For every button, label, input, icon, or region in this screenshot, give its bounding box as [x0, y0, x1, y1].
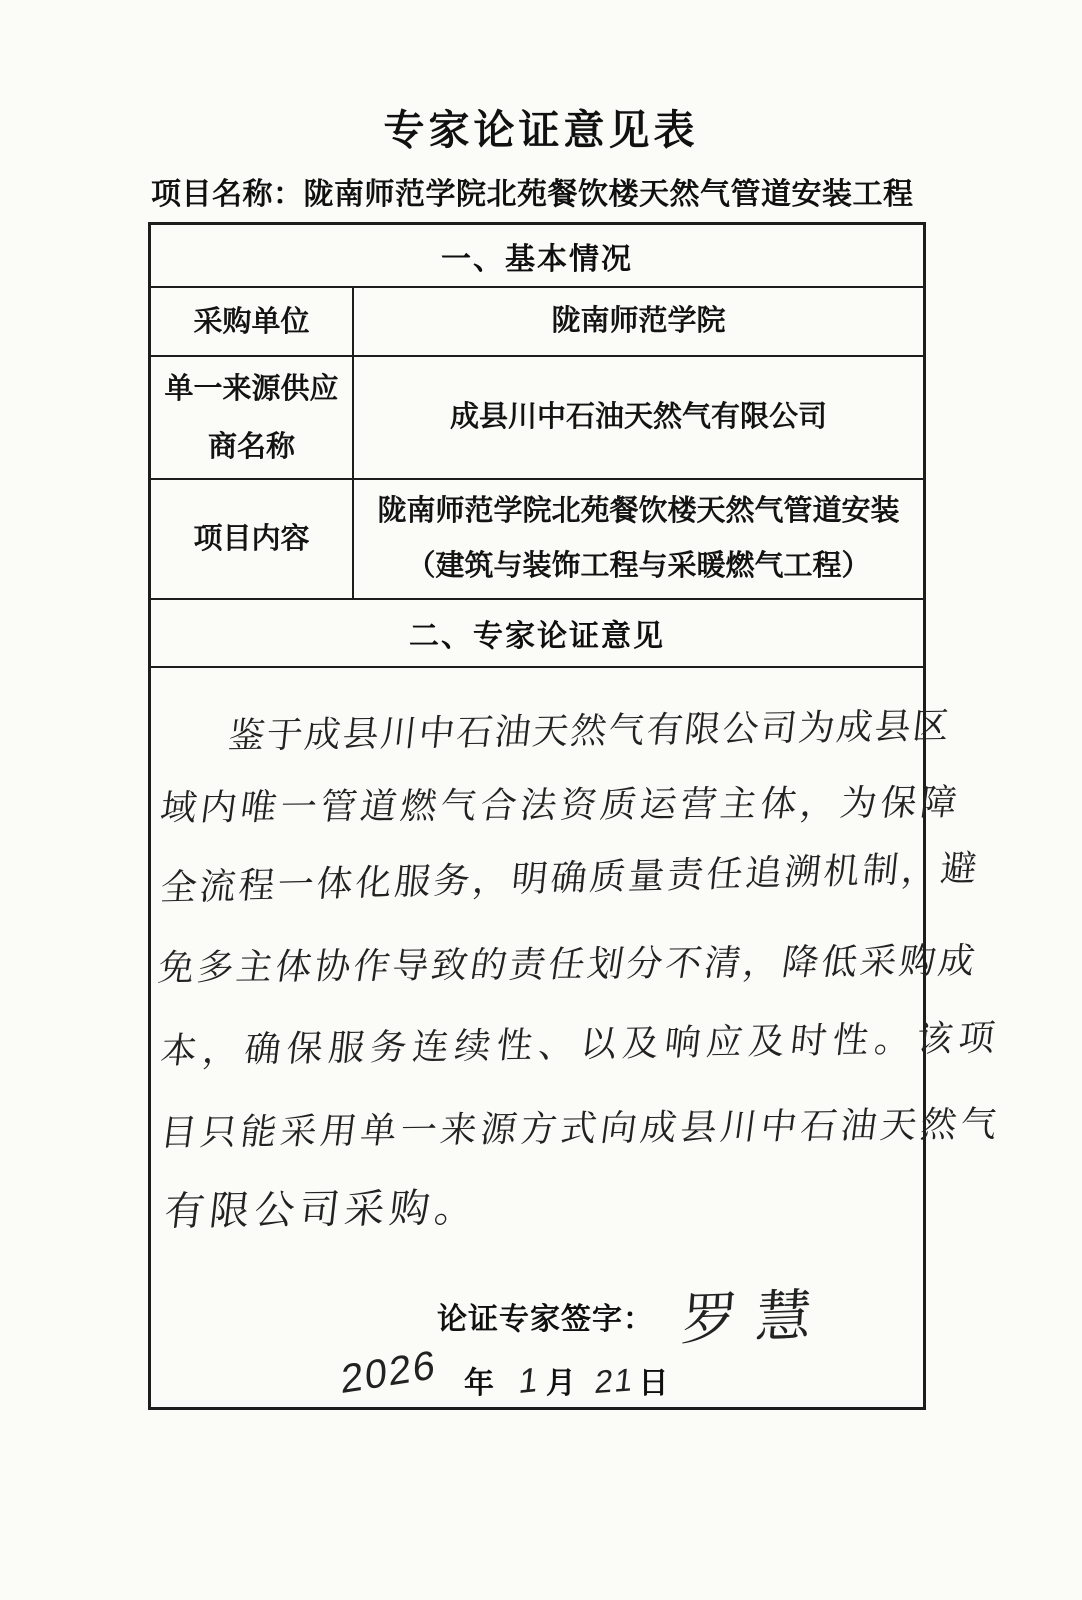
review-form-table: 一、基本情况 采购单位 陇南师范学院 单一来源供应商名称 成县川中石油天然气有限… — [148, 222, 926, 1410]
handwritten-line-1: 鉴于成县川中石油天然气有限公司为成县区 — [226, 698, 953, 759]
handwritten-line-6: 目只能采用单一来源方式向成县川中石油天然气 — [158, 1096, 1005, 1156]
section-basic-info-heading: 一、基本情况 — [441, 234, 633, 278]
project-content-value-cell: 陇南师范学院北苑餐饮楼天然气管道安装 （建筑与装饰工程与采暖燃气工程） — [354, 480, 923, 598]
buyer-value: 陇南师范学院 — [551, 294, 725, 349]
table-row-project-content: 项目内容 陇南师范学院北苑餐饮楼天然气管道安装 （建筑与装饰工程与采暖燃气工程） — [151, 480, 923, 600]
project-name-line: 项目名称：陇南师范学院北苑餐饮楼天然气管道安装工程 — [151, 169, 914, 213]
expert-signature: 罗慧 — [679, 1271, 833, 1356]
project-content-value-line2: （建筑与装饰工程与采暖燃气工程） — [406, 539, 870, 594]
project-name-label: 项目名称： — [151, 178, 304, 211]
signature-row: 论证专家签字：罗慧 — [437, 1276, 830, 1356]
table-row-buyer: 采购单位 陇南师范学院 — [151, 288, 923, 357]
handwritten-line-4: 免多主体协作导致的责任划分不清，降低采购成 — [155, 933, 982, 991]
expert-opinion-cell: 鉴于成县川中石油天然气有限公司为成县区 域内唯一管道燃气合法资质运营主体，为保障… — [151, 668, 923, 1523]
handwritten-line-5: 本，确保服务连续性、以及响应及时性。该项 — [158, 1010, 1003, 1074]
supplier-value: 成县川中石油天然气有限公司 — [450, 390, 827, 445]
buyer-label-cell: 采购单位 — [151, 288, 354, 355]
handwritten-line-2: 域内唯一管道燃气合法资质运营主体，为保障 — [158, 774, 965, 831]
project-name-value: 陇南师范学院北苑餐饮楼天然气管道安装工程 — [304, 178, 914, 211]
date-day-handwritten: 21 — [593, 1361, 636, 1401]
document-title: 专家论证意见表 — [0, 97, 1082, 156]
buyer-value-cell: 陇南师范学院 — [354, 288, 923, 355]
supplier-label: 单一来源供应商名称 — [159, 360, 344, 476]
date-year-handwritten: 2026 — [341, 1342, 438, 1403]
project-content-label-cell: 项目内容 — [151, 480, 354, 598]
handwritten-line-7: 有限公司采购。 — [162, 1176, 483, 1237]
table-row-supplier: 单一来源供应商名称 成县川中石油天然气有限公司 — [151, 357, 923, 480]
scanned-form-page: 专家论证意见表 项目名称：陇南师范学院北苑餐饮楼天然气管道安装工程 一、基本情况… — [0, 0, 1082, 1600]
section-basic-info-header-row: 一、基本情况 — [151, 225, 923, 288]
project-content-label: 项目内容 — [159, 510, 344, 568]
project-content-value-line1: 陇南师范学院北苑餐饮楼天然气管道安装 — [377, 484, 899, 539]
supplier-value-cell: 成县川中石油天然气有限公司 — [354, 357, 923, 478]
date-month-handwritten: 1 — [517, 1360, 542, 1402]
supplier-label-cell: 单一来源供应商名称 — [151, 357, 354, 478]
section-expert-opinion-heading: 二、专家论证意见 — [409, 611, 665, 655]
buyer-label: 采购单位 — [159, 293, 344, 351]
handwritten-line-3: 全流程一体化服务，明确质量责任追溯机制，避 — [158, 840, 982, 911]
section-expert-opinion-header-row: 二、专家论证意见 — [151, 600, 923, 668]
date-year-unit: 年 — [464, 1358, 495, 1402]
date-row: 2026年1月21日 — [341, 1358, 670, 1403]
date-day-unit: 日 — [639, 1358, 670, 1402]
date-month-unit: 月 — [546, 1358, 577, 1402]
signature-label: 论证专家签字： — [437, 1294, 654, 1338]
